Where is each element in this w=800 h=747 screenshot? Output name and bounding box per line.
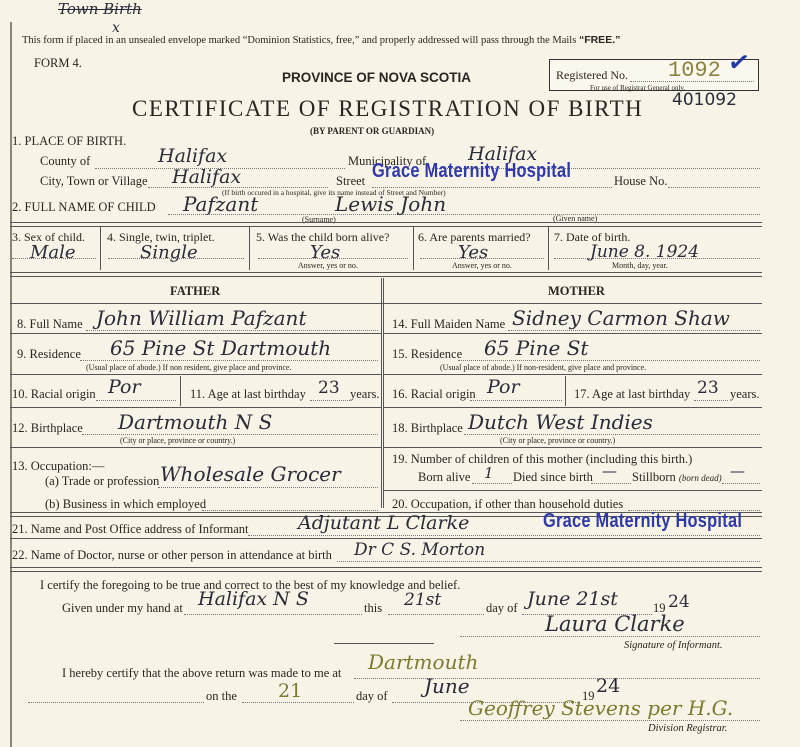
divider — [334, 643, 434, 644]
father-birthplace-caption: (City or place, province or country.) — [120, 436, 235, 445]
stillborn-field — [722, 483, 760, 484]
informant-field — [248, 535, 760, 536]
informant-signature: Laura Clarke — [545, 612, 685, 636]
street-hospital-stamp: Grace Maternity Hospital — [372, 160, 571, 183]
county-value: Halifax — [158, 145, 227, 167]
informant-label: 21. Name and Post Office address of Info… — [12, 522, 249, 537]
registrar-day-value: 21 — [278, 680, 302, 702]
certification-year-value: 24 — [668, 592, 690, 612]
cell-divider — [249, 226, 250, 270]
house-no-label: House No. — [614, 174, 667, 189]
city-label: City, Town or Village — [40, 174, 148, 189]
mother-birthplace-label: 18. Birthplace — [392, 421, 463, 436]
dob-value: June 8. 1924 — [590, 242, 699, 262]
registrar-signature-field — [460, 720, 760, 721]
father-age-value: 23 — [318, 378, 340, 398]
parents-column-divider — [381, 278, 384, 508]
father-business-label: (b) Business in which employed — [45, 497, 206, 512]
registered-no-value: 1092 — [668, 58, 721, 83]
sex-value: Male — [30, 242, 76, 263]
doctor-value: Dr C S. Morton — [354, 540, 485, 560]
registrar-year-value: 24 — [596, 675, 620, 697]
father-birthplace-label: 12. Birthplace — [12, 421, 83, 436]
born-alive-count-label: Born alive — [418, 470, 470, 485]
mother-age-value: 23 — [697, 378, 719, 398]
father-heading: FATHER — [170, 284, 220, 299]
doctor-field — [337, 561, 760, 562]
divider — [384, 374, 762, 375]
annotation-town-birth: Town Birth — [58, 0, 142, 18]
mother-name-field — [508, 330, 760, 331]
father-racial-field — [96, 400, 176, 401]
stillborn-label-text: Stillborn — [632, 470, 676, 484]
father-racial-value: Por — [108, 376, 141, 398]
mother-age-unit: years. — [730, 387, 760, 402]
check-mark-icon: ✓ — [726, 46, 753, 79]
registered-no-note: For use of Registrar General only. — [590, 84, 685, 92]
plurality-value: Single — [140, 242, 198, 263]
cell-divider — [548, 226, 549, 270]
registrar-signature-caption: Division Registrar. — [648, 723, 727, 734]
parents-married-value: Yes — [458, 242, 488, 263]
died-since-birth-label: Died since birth — [513, 470, 593, 485]
divider — [384, 333, 762, 334]
registrar-day-field — [242, 702, 354, 703]
divider — [10, 222, 762, 227]
divider — [10, 567, 762, 572]
father-trade-label: (a) Trade or profession — [45, 474, 159, 489]
mother-racial-field — [470, 400, 562, 401]
page-left-border — [10, 22, 12, 747]
mail-notice-free: “FREE.” — [579, 34, 620, 46]
mother-heading: MOTHER — [548, 284, 605, 299]
page-subtitle: (BY PARENT OR GUARDIAN) — [310, 126, 434, 136]
mother-racial-value: Por — [487, 376, 520, 398]
father-trade-field — [158, 487, 378, 488]
divider — [10, 333, 382, 334]
informant-signature-caption: Signature of Informant. — [624, 640, 722, 651]
city-value: Halifax — [172, 166, 241, 188]
registrar-on-the-label: on the — [206, 689, 237, 704]
father-residence-value: 65 Pine St Dartmouth — [110, 336, 331, 360]
father-business-field — [202, 510, 378, 511]
father-name-label: 8. Full Name — [17, 317, 83, 332]
stillborn-value: — — [730, 462, 745, 480]
died-since-birth-field — [591, 483, 631, 484]
mother-age-field — [694, 400, 728, 401]
registrar-statement: I hereby certify that the above return w… — [62, 666, 341, 681]
cell-divider — [565, 376, 566, 406]
certification-day-field — [388, 614, 484, 615]
registered-no-label: Registered No. — [556, 68, 628, 83]
divider — [384, 447, 762, 448]
divider — [10, 407, 382, 408]
given-place-value: Halifax N S — [198, 588, 309, 610]
cell-divider — [100, 226, 101, 270]
father-occupation-label: 13. Occupation:— — [12, 459, 104, 474]
divider — [10, 538, 762, 539]
child-given-name-value: Lewis John — [335, 192, 446, 216]
mother-name-label: 14. Full Maiden Name — [392, 317, 505, 332]
father-age-field — [310, 400, 350, 401]
father-name-field — [86, 330, 378, 331]
answer-caption-2: Answer, yes or no. — [452, 261, 512, 270]
father-racial-label: 10. Racial origin — [12, 387, 96, 402]
father-birthplace-value: Dartmouth N S — [118, 410, 272, 434]
province-heading: PROVINCE OF NOVA SCOTIA — [282, 70, 471, 85]
given-place-field — [184, 614, 362, 615]
street-label: Street — [336, 174, 365, 189]
doctor-label: 22. Name of Doctor, nurse or other perso… — [12, 548, 332, 563]
page-title: CERTIFICATE OF REGISTRATION OF BIRTH — [132, 96, 643, 122]
registrar-month-value: June — [424, 674, 470, 698]
place-of-birth-heading: 1. PLACE OF BIRTH. — [12, 134, 126, 149]
certification-month-value: June 21st — [527, 588, 618, 610]
born-alive-count-field — [472, 483, 512, 484]
mail-notice: This form if placed in an unsealed envel… — [22, 34, 620, 46]
stillborn-label: Stillborn (born dead) — [632, 470, 722, 485]
mother-residence-value: 65 Pine St — [484, 336, 588, 360]
father-trade-value: Wholesale Grocer — [160, 462, 341, 486]
mother-residence-caption: (Usual place of abode.) If non-resident,… — [440, 363, 646, 372]
registration-box: Registered No. 1092 ✓ For use of Registr… — [549, 59, 759, 91]
father-birthplace-field — [82, 434, 378, 435]
mother-children-label: 19. Number of children of this mother (i… — [392, 452, 692, 467]
this-label: this — [364, 601, 382, 616]
mother-birthplace-field — [464, 434, 760, 435]
divider — [384, 490, 762, 491]
father-age-unit: years. — [350, 387, 380, 402]
mother-residence-label: 15. Residence — [392, 347, 462, 362]
child-surname-value: Pafzant — [183, 192, 258, 216]
informant-signature-field — [460, 636, 760, 637]
house-no-field — [668, 187, 760, 188]
divider — [10, 447, 382, 448]
divider — [10, 374, 382, 375]
father-name-value: John William Pafzant — [96, 306, 306, 330]
born-alive-count-value: 1 — [484, 464, 494, 482]
mother-name-value: Sidney Carmon Shaw — [512, 306, 730, 330]
answer-caption: Answer, yes or no. — [298, 261, 358, 270]
divider — [10, 272, 762, 277]
mail-notice-text: This form if placed in an unsealed envel… — [22, 35, 576, 46]
divider — [384, 407, 762, 408]
dob-caption: Month, day, year. — [612, 261, 668, 270]
cell-divider — [180, 376, 181, 406]
died-since-birth-value: — — [602, 462, 617, 480]
mother-birthplace-value: Dutch West Indies — [468, 410, 653, 434]
mother-birthplace-caption: (City or place, province or country.) — [500, 436, 615, 445]
father-residence-caption: (Usual place of abode.) If non resident,… — [86, 363, 291, 372]
informant-hospital-stamp: Grace Maternity Hospital — [543, 510, 742, 533]
certification-day-value: 21st — [404, 590, 441, 610]
mother-residence-field — [458, 360, 760, 361]
registrar-place-value: Dartmouth — [368, 650, 478, 674]
registrar-place-field — [354, 678, 760, 679]
mother-racial-label: 16. Racial origin — [392, 387, 476, 402]
handwritten-registration-number: 401092 — [672, 90, 737, 110]
form-number: FORM 4. — [34, 56, 82, 71]
mother-age-label: 17. Age at last birthday — [574, 387, 690, 402]
father-age-label: 11. Age at last birthday — [190, 387, 306, 402]
father-residence-label: 9. Residence — [17, 347, 81, 362]
given-under-hand-label: Given under my hand at — [62, 601, 183, 616]
child-name-label: 2. FULL NAME OF CHILD — [12, 200, 156, 215]
stillborn-note: (born dead) — [679, 473, 722, 483]
father-residence-field — [80, 360, 378, 361]
informant-value: Adjutant L Clarke — [298, 512, 469, 534]
registrar-signature: Geoffrey Stevens per H.G. — [468, 696, 733, 720]
county-label: County of — [40, 154, 90, 169]
registrar-day-of-label: day of — [356, 689, 388, 704]
divider — [10, 303, 762, 304]
registrar-blank-field — [28, 702, 204, 703]
certification-day-of-label: day of — [486, 601, 518, 616]
cell-divider — [413, 226, 414, 270]
born-alive-value: Yes — [310, 242, 340, 263]
